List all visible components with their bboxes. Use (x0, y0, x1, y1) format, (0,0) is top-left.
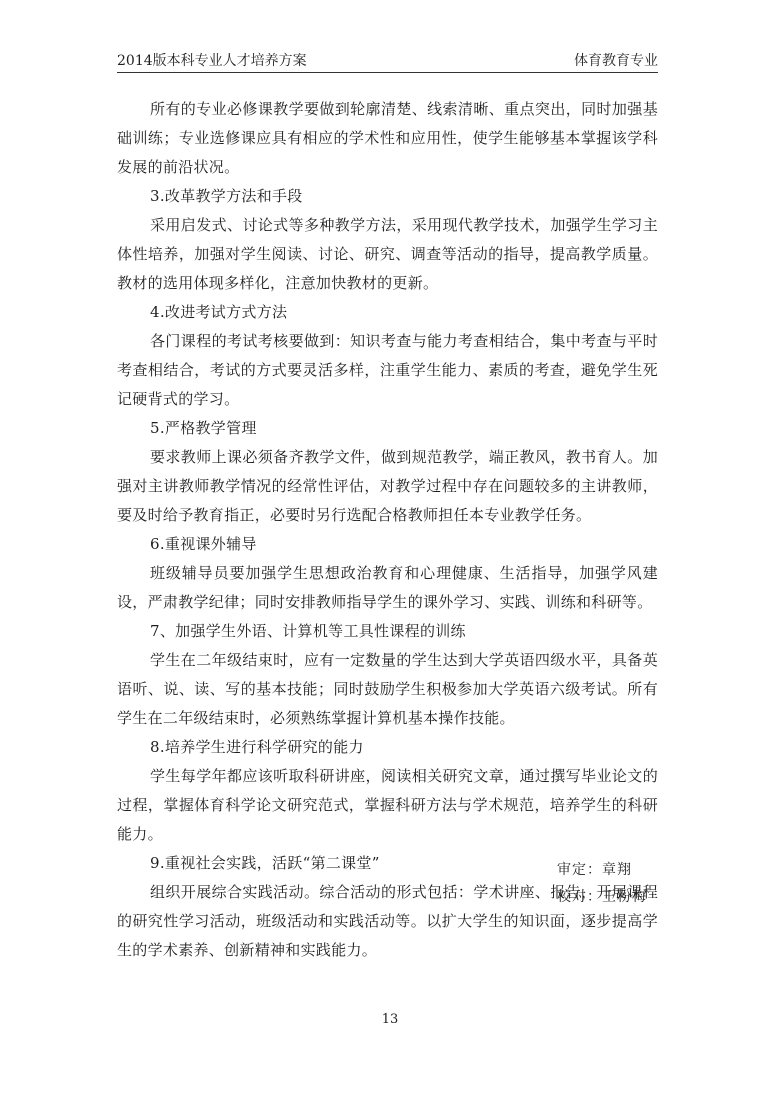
reviewer-signature: 审定：章翔 (557, 860, 632, 880)
section-heading-8: 8.培养学生进行科学研究的能力 (117, 733, 658, 762)
page-number: 13 (0, 1012, 780, 1027)
proofreader-signature: 校对：王粉梅 (557, 887, 647, 907)
paragraph-extracurricular-guidance: 班级辅导员要加强学生思想政治教育和心理健康、生活指导，加强学风建设，严肃教学纪律… (117, 559, 658, 617)
paragraph-research-ability: 学生每学年都应该听取科研讲座，阅读相关研究文章，通过撰写毕业论文的过程，掌握体育… (117, 762, 658, 849)
paragraph-exam-methods: 各门课程的考试考核要做到：知识考查与能力考查相结合，集中考查与平时考查相结合，考… (117, 327, 658, 414)
paragraph-teaching-management: 要求教师上课必须备齐教学文件，做到规范教学，端正教风，教书育人。加强对主讲教师教… (117, 443, 658, 530)
section-heading-3: 3.改革教学方法和手段 (117, 182, 658, 211)
paragraph-core-courses: 所有的专业必修课教学要做到轮廓清楚、线索清晰、重点突出，同时加强基础训练；专业选… (117, 95, 658, 182)
paragraph-language-computer: 学生在二年级结束时，应有一定数量的学生达到大学英语四级水平，具备英语听、说、读、… (117, 646, 658, 733)
paragraph-teaching-methods: 采用启发式、讨论式等多种教学方法，采用现代教学技术，加强学生学习主体性培养，加强… (117, 211, 658, 298)
header-document-title: 2014版本科专业人才培养方案 (117, 52, 307, 70)
document-body: 所有的专业必修课教学要做到轮廓清楚、线索清晰、重点突出，同时加强基础训练；专业选… (117, 95, 658, 965)
section-heading-7: 7、加强学生外语、计算机等工具性课程的训练 (117, 617, 658, 646)
section-heading-4: 4.改进考试方式方法 (117, 298, 658, 327)
section-heading-5: 5.严格教学管理 (117, 414, 658, 443)
section-heading-6: 6.重视课外辅导 (117, 530, 658, 559)
header-major-name: 体育教育专业 (574, 52, 658, 70)
document-page: 2014版本科专业人才培养方案 体育教育专业 所有的专业必修课教学要做到轮廓清楚… (0, 0, 780, 1103)
page-header: 2014版本科专业人才培养方案 体育教育专业 (117, 52, 658, 73)
